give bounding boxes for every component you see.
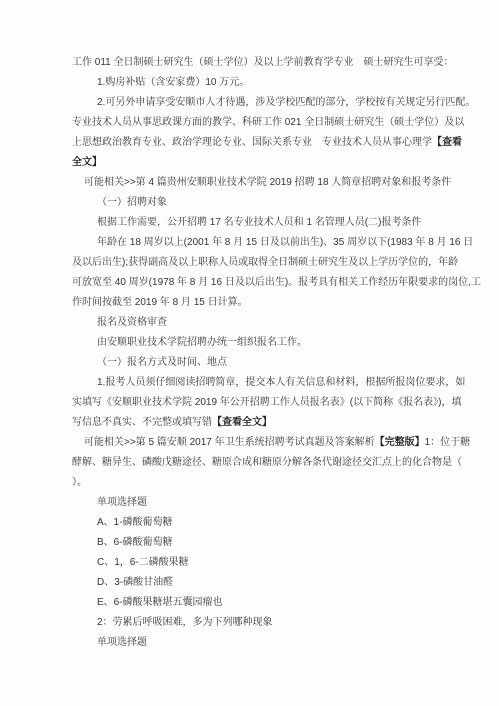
text-line: 由安顺职业技术学院招聘办统一组织报名工作。 [72, 333, 492, 353]
text-segment: 报名及资格审查 [97, 317, 167, 328]
text-segment: 单项选择题 [97, 497, 147, 508]
text-segment: 写信息不真实、不完整或填写错 [72, 417, 212, 428]
text-segment: 作时间按截至 2019 年 8 月 15 日计算。 [72, 297, 248, 308]
text-segment: 实填写《安顺职业技术学院 2019 年公开招聘工作人员报名表》(以下简称《报名表… [72, 397, 461, 408]
text-line: 2.可另外申请享受安顺市人才待遇，涉及学校匹配的部分，学校按有关规定另行匹配。 [72, 93, 492, 113]
text-line: 2：劳累后呼吸困难，多为下列哪种现象 [72, 613, 492, 633]
text-segment: C、1，6-二磷酸果糖 [97, 557, 189, 568]
text-line: 单项选择题 [72, 633, 492, 653]
highlight-text: 【查看全文】 [212, 417, 272, 428]
highlight-text: 全文】 [72, 157, 102, 168]
text-line: 及以后出生);获得副高及以上职称人员或取得全日制硕士研究生及以上学历学位的，年龄 [72, 253, 492, 273]
text-line: 全文】 [72, 153, 492, 173]
text-segment: 可放宽至 40 周岁(1978 年 8 月 16 日及以后出生)。报考具有相关工… [72, 277, 481, 288]
text-segment: 年龄在 18 周岁以上(2001 年 8 月 15 日及以前出生)、35 周岁以… [97, 237, 473, 248]
text-segment: 根据工作需要，公开招聘 17 名专业技术人员和 1 名管理人员(二)报考条件 [97, 217, 421, 228]
text-segment: 可能相关>>第 4 篇贵州安顺职业技术学院 2019 招聘 18 人简章招聘对象… [84, 177, 451, 188]
text-line: （一）报名方式及时间、地点 [72, 353, 492, 373]
text-line: 1.报考人员须仔细阅读招聘简章，提交本人有关信息和材料，根据所报岗位要求，如 [72, 373, 492, 393]
text-segment: （一）报名方式及时间、地点 [97, 357, 227, 368]
text-line: 1.购房补贴（含安家费）10 万元。 [72, 73, 492, 93]
text-segment: B、6-磷酸葡萄糖 [97, 537, 173, 548]
text-segment: D、3-磷酸甘油醛 [97, 577, 173, 588]
text-line: 作时间按截至 2019 年 8 月 15 日计算。 [72, 293, 492, 313]
text-segment: 1.购房补贴（含安家费）10 万元。 [97, 77, 249, 88]
document-page: 工作 011 全日制硕士研究生（硕士学位）及以上学前教育学专业 硕士研究生可享受… [0, 0, 499, 706]
text-segment: 2：劳累后呼吸困难，多为下列哪种现象 [97, 617, 273, 628]
text-line: B、6-磷酸葡萄糖 [72, 533, 492, 553]
text-line: 可能相关>>第 4 篇贵州安顺职业技术学院 2019 招聘 18 人简章招聘对象… [72, 173, 492, 193]
text-segment: 上思想政治教育专业、政治学理论专业、国际关系专业 专业技术人员从事心理学 [72, 137, 432, 148]
text-line: ）。 [72, 473, 492, 493]
text-line: 实填写《安顺职业技术学院 2019 年公开招聘工作人员报名表》(以下简称《报名表… [72, 393, 492, 413]
text-segment: 专业技术人员从事思政课方面的教学、科研工作 021 全日制硕士研究生（硕士学位）… [72, 117, 464, 128]
text-line: 专业技术人员从事思政课方面的教学、科研工作 021 全日制硕士研究生（硕士学位）… [72, 113, 492, 133]
text-line: 单项选择题 [72, 493, 492, 513]
text-line: 可放宽至 40 周岁(1978 年 8 月 16 日及以后出生)。报考具有相关工… [72, 273, 492, 293]
text-line: 可能相关>>第 5 篇安顺 2017 年卫生系统招聘考试真题及答案解析【完整版】… [72, 433, 492, 453]
highlight-text: 【完整版】 [375, 437, 425, 448]
document-body: 工作 011 全日制硕士研究生（硕士学位）及以上学前教育学专业 硕士研究生可享受… [72, 53, 492, 653]
text-line: 工作 011 全日制硕士研究生（硕士学位）及以上学前教育学专业 硕士研究生可享受… [72, 53, 492, 73]
text-segment: 及以后出生);获得副高及以上职称人员或取得全日制硕士研究生及以上学历学位的，年龄 [72, 257, 458, 268]
text-line: E、6-磷酸果糖堪五囊园瘤也 [72, 593, 492, 613]
text-segment: （一）招聘对象 [97, 197, 167, 208]
text-segment: 单项选择题 [97, 637, 147, 648]
text-segment: E、6-磷酸果糖堪五囊园瘤也 [97, 597, 223, 608]
text-segment: 酵解、糖异生、磷酸戊糖途径、糖原合成和糖原分解各条代谢途径交汇点上的化合物是（ [72, 457, 462, 468]
text-line: A、1-磷酸葡萄糖 [72, 513, 492, 533]
text-line: （一）招聘对象 [72, 193, 492, 213]
text-line: 年龄在 18 周岁以上(2001 年 8 月 15 日及以前出生)、35 周岁以… [72, 233, 492, 253]
text-segment: 2.可另外申请享受安顺市人才待遇，涉及学校匹配的部分，学校按有关规定另行匹配。 [97, 97, 475, 108]
text-segment: 1.报考人员须仔细阅读招聘简章，提交本人有关信息和材料，根据所报岗位要求，如 [97, 377, 465, 388]
text-line: 根据工作需要，公开招聘 17 名专业技术人员和 1 名管理人员(二)报考条件 [72, 213, 492, 233]
text-segment: 工作 011 全日制硕士研究生（硕士学位）及以上学前教育学专业 硕士研究生可享受… [72, 57, 454, 68]
text-segment: 1：位于糖 [425, 437, 471, 448]
text-line: 酵解、糖异生、磷酸戊糖途径、糖原合成和糖原分解各条代谢途径交汇点上的化合物是（ [72, 453, 492, 473]
text-line: 写信息不真实、不完整或填写错【查看全文】 [72, 413, 492, 433]
text-segment: 可能相关>>第 5 篇安顺 2017 年卫生系统招聘考试真题及答案解析 [84, 437, 375, 448]
text-segment: A、1-磷酸葡萄糖 [97, 517, 173, 528]
highlight-text: 【查看 [432, 137, 462, 148]
text-segment: ）。 [72, 477, 87, 488]
text-line: 上思想政治教育专业、政治学理论专业、国际关系专业 专业技术人员从事心理学【查看 [72, 133, 492, 153]
text-line: C、1，6-二磷酸果糖 [72, 553, 492, 573]
text-line: 报名及资格审查 [72, 313, 492, 333]
text-segment: 由安顺职业技术学院招聘办统一组织报名工作。 [97, 337, 307, 348]
text-line: D、3-磷酸甘油醛 [72, 573, 492, 593]
